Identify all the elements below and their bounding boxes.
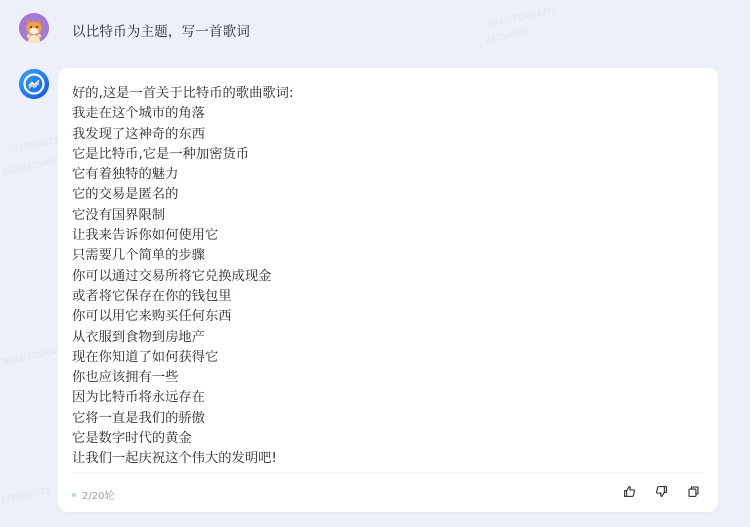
lyric-line: 你可以通过交易所将它兑换成现金 (72, 267, 293, 287)
lyric-line: 现在你知道了如何获得它 (72, 348, 293, 368)
card-divider (72, 472, 704, 473)
thumbs-down-icon (655, 485, 668, 498)
lyric-line: 只需要几个简单的步骤 (72, 246, 293, 266)
watermark: 2723864373 (8, 135, 59, 155)
thumbs-up-icon (623, 485, 636, 498)
lyric-line: 它没有国界限制 (72, 206, 293, 226)
message-actions (623, 485, 700, 498)
like-button[interactable] (623, 485, 636, 498)
copy-icon (687, 485, 700, 498)
round-counter-text: 2/20轮 (82, 487, 114, 502)
lyric-line: 我走在这个城市的角落 (72, 104, 293, 124)
watermark: 360U2723864373 (485, 5, 557, 30)
lyric-line: 它是比特币,它是一种加密货币 (72, 145, 293, 165)
lyric-line: 从衣服到食物到房地产 (72, 328, 293, 348)
lyric-line: 它的交易是匿名的 (72, 185, 293, 205)
lyric-line: 它有着独特的魅力 (72, 165, 293, 185)
lyric-line: 它是数字时代的黄金 (72, 429, 293, 449)
lyric-line: 它将一直是我们的骄傲 (72, 409, 293, 429)
assistant-avatar (19, 69, 49, 99)
assistant-message-card: 好的,这是一首关于比特币的歌曲歌词: 我走在这个城市的角落 我发现了这神奇的东西… (58, 68, 718, 512)
dislike-button[interactable] (655, 485, 668, 498)
lyric-line: 你也应该拥有一些 (72, 368, 293, 388)
lyric-line: 让我们一起庆祝这个伟大的发明吧! (72, 449, 293, 469)
copy-button[interactable] (687, 485, 700, 498)
assistant-logo-icon (19, 69, 49, 99)
assistant-message-text: 好的,这是一首关于比特币的歌曲歌词: 我走在这个城市的角落 我发现了这神奇的东西… (72, 84, 293, 470)
fox-avatar-icon (19, 13, 49, 43)
user-message: 以比特币为主题，写一首歌词 (72, 20, 250, 40)
lyric-line: 我发现了这神奇的东西 (72, 125, 293, 145)
status-dot-icon (72, 493, 76, 497)
watermark: 2723864373 (0, 485, 51, 505)
watermark: 2723864373 (485, 25, 536, 45)
lyric-line: 或者将它保存在你的钱包里 (72, 287, 293, 307)
lyric-line: 因为比特币将永远存在 (72, 388, 293, 408)
user-avatar (19, 13, 49, 43)
lyric-line: 好的,这是一首关于比特币的歌曲歌词: (72, 84, 293, 104)
lyric-line: 让我来告诉你如何使用它 (72, 226, 293, 246)
round-counter: 2/20轮 (72, 487, 114, 502)
lyric-line: 你可以用它来购买任何东西 (72, 307, 293, 327)
